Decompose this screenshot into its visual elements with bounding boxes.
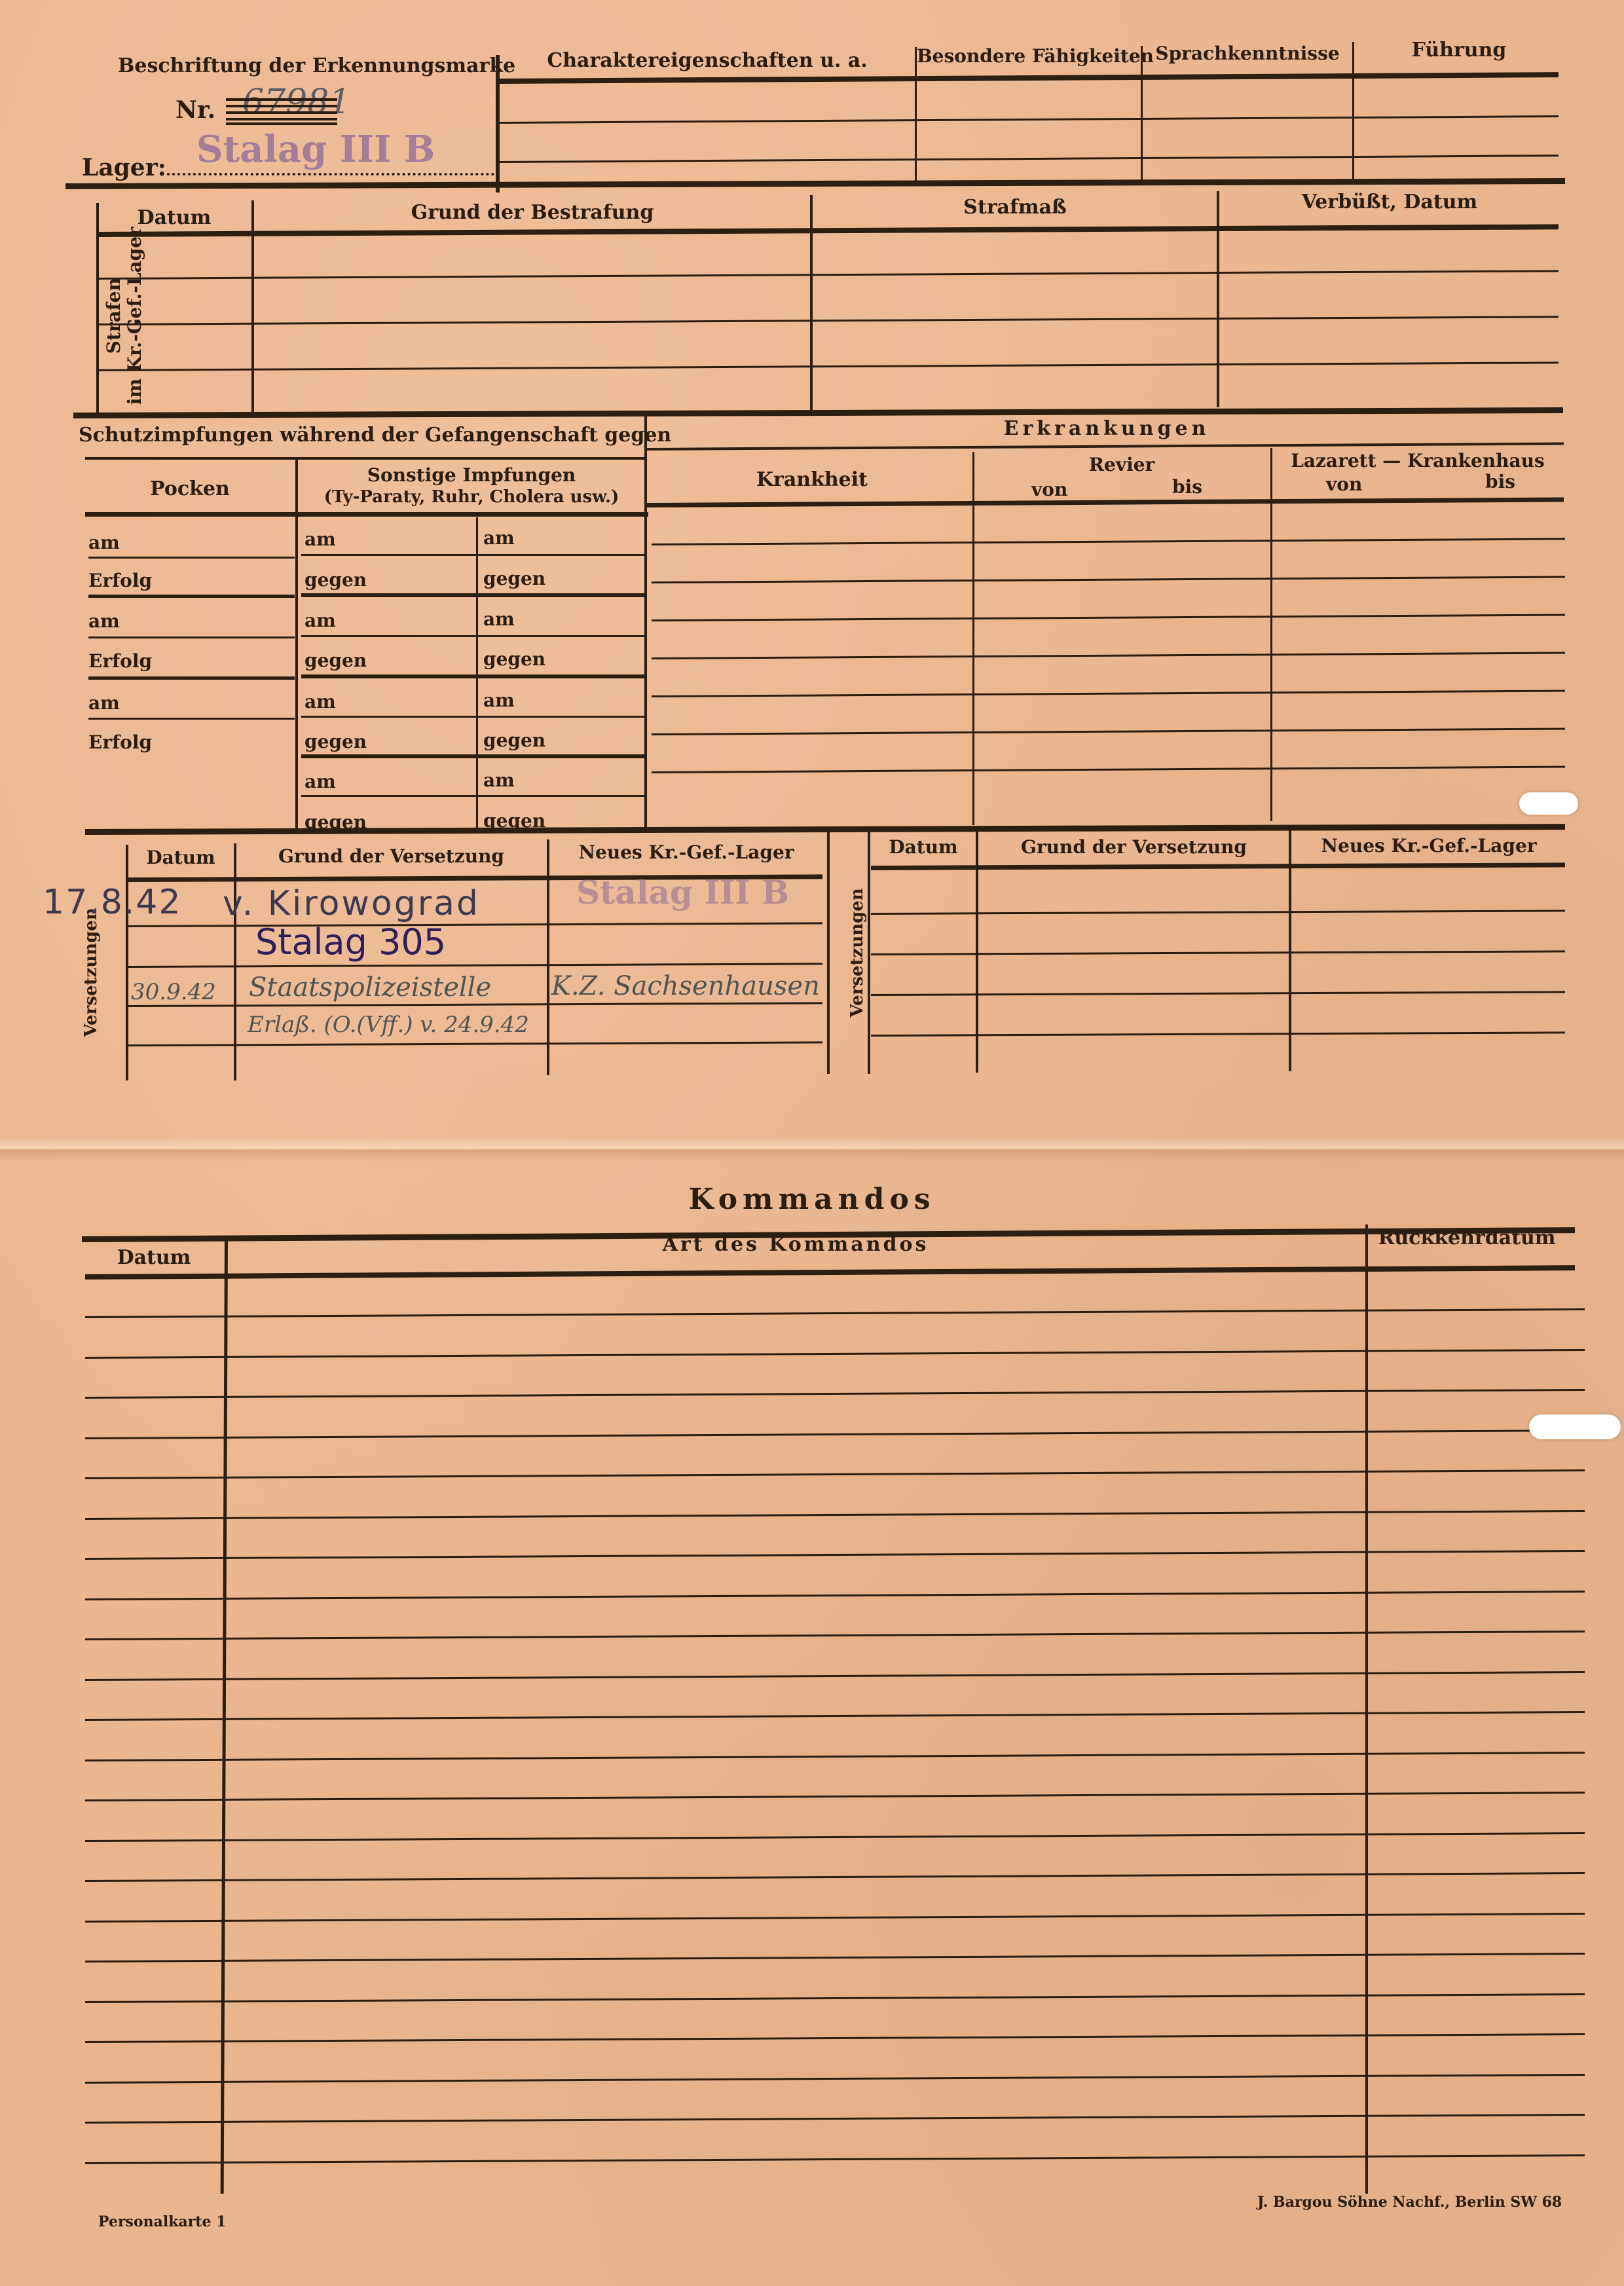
- transfer-col-reason: Grund der Versetzung: [236, 847, 547, 866]
- pocken-row-am-2: am: [88, 612, 120, 631]
- transfer-3-date: 30.9.42: [131, 981, 216, 1003]
- transfer-right-col-reason: Grund der Versetzung: [978, 838, 1289, 857]
- lager-dotted-line: [167, 173, 494, 175]
- transfer-4-reason: Erlaß. (O.(Vff.) v. 24.9.42: [248, 1014, 529, 1036]
- revier-bis: bis: [1172, 478, 1202, 496]
- penalties-col-served: Verbüßt, Datum: [1219, 193, 1560, 212]
- punch-hole-lower: [1529, 1414, 1621, 1439]
- traits-col-character: Charaktereigenschaften u. a.: [504, 51, 910, 71]
- punch-hole-upper: [1519, 792, 1578, 815]
- penalties-col-date: Datum: [98, 208, 250, 228]
- nr-label: Nr.: [175, 98, 215, 122]
- transfer-1-camp-stamp: Stalag III B: [576, 876, 789, 909]
- nr-value: 67981: [242, 85, 350, 119]
- sonstige-b-gegen-1: gegen: [483, 570, 545, 588]
- lazarett-bis: bis: [1485, 473, 1515, 491]
- lager-label: Lager:: [82, 156, 166, 179]
- illness-col-krankheit: Krankheit: [648, 470, 976, 490]
- pocken-row-erfolg-3: Erfolg: [88, 733, 152, 752]
- illnesses-header: Erkrankungen: [648, 419, 1565, 439]
- transfer-1-date: 17.8.42: [43, 885, 181, 919]
- sonstige-b-am-4: am: [483, 771, 515, 790]
- lager-stamp: Stalag III B: [196, 131, 435, 168]
- transfer-2-reason: Stalag 305: [255, 925, 446, 960]
- transfer-3-reason: Staatspolizeistelle: [249, 974, 491, 1001]
- penalties-col-measure: Strafmaß: [812, 198, 1218, 217]
- sonstige-b-am-2: am: [483, 610, 515, 629]
- sonstige-b-am-3: am: [483, 691, 515, 710]
- identity-header: Beschriftung der Erkennungsmarke: [118, 56, 515, 76]
- paper-fold-crease: [0, 1136, 1624, 1162]
- sonstige-a-am-2: am: [304, 612, 336, 630]
- sonstige-b-gegen-3: gegen: [483, 731, 545, 750]
- pocken-row-am-3: am: [88, 694, 120, 712]
- transfer-col-date: Datum: [128, 849, 233, 867]
- transfer-3-camp: K.Z. Sachsenhausen: [551, 973, 820, 999]
- sonstige-a-gegen-3: gegen: [304, 733, 367, 751]
- transfer-right-col-camp: Neues Kr.-Gef.-Lager: [1291, 837, 1566, 855]
- sonstige-a-am-1: am: [304, 530, 336, 549]
- sonstige-a-gegen-2: gegen: [304, 652, 367, 670]
- illness-col-revier: Revier: [974, 456, 1269, 474]
- sonstige-b-gegen-2: gegen: [483, 650, 545, 669]
- printer-label: J. Bargou Söhne Nachf., Berlin SW 68: [1257, 2195, 1562, 2209]
- transfers-right-side-label: Versetzungen: [848, 881, 868, 1025]
- transfer-col-camp: Neues Kr.-Gef.-Lager: [549, 843, 824, 862]
- penalties-side-label: Strafenim Kr.-Gef.-Lager: [103, 217, 145, 414]
- kommandos-col-type: Art des Kommandos: [226, 1235, 1365, 1255]
- lazarett-von: von: [1326, 475, 1362, 494]
- kommandos-col-return: Rückkehrdatum: [1369, 1228, 1565, 1248]
- traits-col-languages: Sprachkenntnisse: [1143, 45, 1352, 63]
- kommandos-title: Kommandos: [589, 1185, 1035, 1214]
- transfer-1-reason: v. Kirowograd: [223, 887, 480, 921]
- form-id-label: Personalkarte 1: [98, 2215, 226, 2229]
- pocken-row-am-1: am: [88, 534, 120, 552]
- traits-col-skills: Besondere Fähigkeiten: [917, 47, 1139, 65]
- revier-von: von: [1031, 481, 1067, 499]
- pocken-row-erfolg-1: Erfolg: [88, 572, 152, 590]
- sonstige-a-am-3: am: [304, 693, 336, 711]
- vacc-col-pocken: Pocken: [85, 479, 295, 499]
- traits-col-conduct: Führung: [1354, 41, 1564, 60]
- vaccinations-header: Schutzimpfungen während der Gefangenscha…: [79, 426, 642, 445]
- vacc-col-sonstige-line1: Sonstige Impfungen: [298, 466, 645, 485]
- sonstige-b-am-1: am: [483, 529, 515, 547]
- vacc-col-sonstige-line2: (Ty-Paraty, Ruhr, Cholera usw.): [298, 489, 645, 506]
- kommandos-col-date: Datum: [85, 1248, 223, 1268]
- sonstige-a-am-4: am: [304, 773, 336, 791]
- illness-col-lazarett: Lazarett — Krankenhaus: [1274, 452, 1562, 470]
- transfer-right-col-date: Datum: [871, 838, 976, 857]
- penalties-col-reason: Grund der Bestrafung: [254, 203, 811, 223]
- pocken-row-erfolg-2: Erfolg: [88, 652, 152, 671]
- sonstige-a-gegen-1: gegen: [304, 571, 367, 589]
